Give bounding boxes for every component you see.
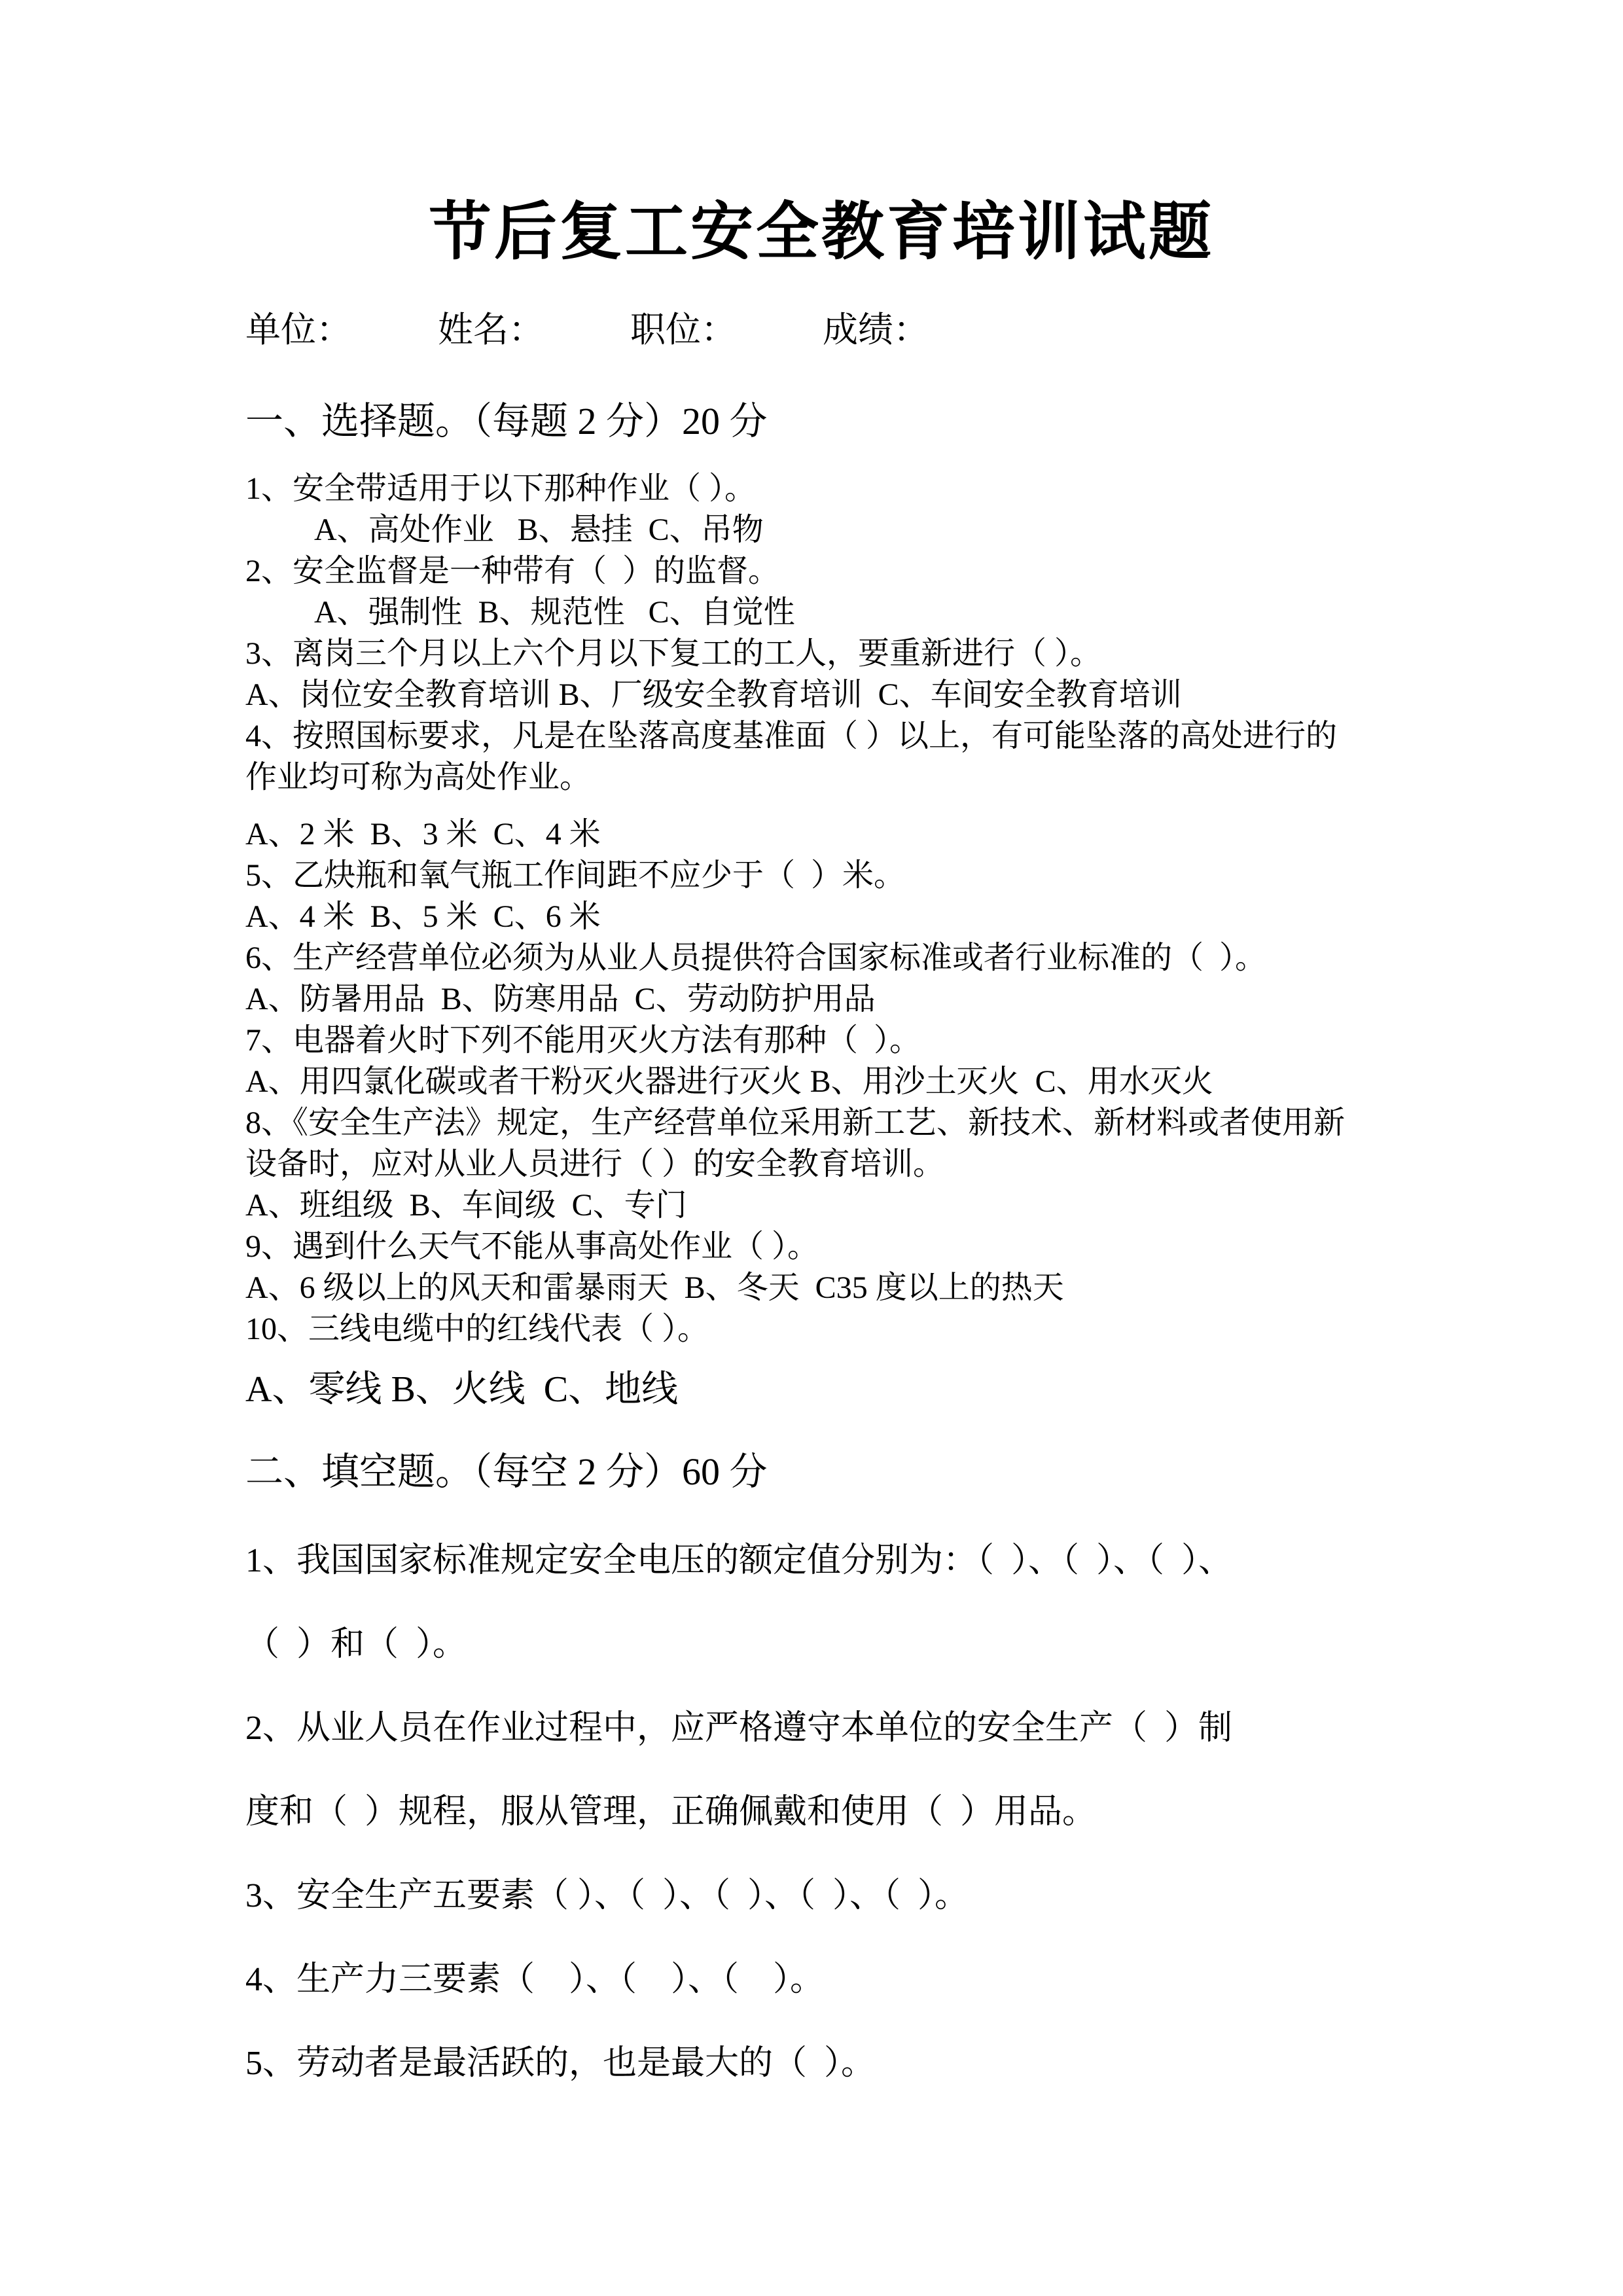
question-10: 10、三线电缆中的红线代表（ ）。 (245, 1308, 1397, 1350)
question-4-line-2: 作业均可称为高处作业。 (245, 757, 1397, 798)
info-field-score: 成绩： (823, 309, 929, 351)
question-4-options: A、2 米 B、3 米 C、4 米 (245, 814, 1397, 855)
question-5: 5、乙炔瓶和氧气瓶工作间距不应少于（ ）米。 (245, 855, 1397, 896)
question-1: 1、安全带适用于以下那种作业（ ）。 (245, 468, 1397, 509)
fill-question-2-line-1: 2、从业人员在作业过程中，应严格遵守本单位的安全生产（ ）制 (245, 1687, 1397, 1770)
question-6: 6、生产经营单位必须为从业人员提供符合国家标准或者行业标准的（ ）。 (245, 937, 1397, 978)
info-row: 单位：姓名：职位：成绩： (245, 309, 1397, 351)
question-9: 9、遇到什么天气不能从事高处作业（ ）。 (245, 1226, 1397, 1267)
info-field-name: 姓名： (438, 309, 544, 351)
exam-page: 节后复工安全教育培训试题 单位：姓名：职位：成绩： 一、选择题。（每题 2 分）… (0, 0, 1623, 2296)
section1-lines: 1、安全带适用于以下那种作业（ ）。A、高处作业 B、悬挂 C、吊物2、安全监督… (245, 468, 1397, 1412)
section2-lines: 1、我国国家标准规定安全电压的额定值分别为：（ ）、（ ）、（ ）、（ ）和（ … (245, 1519, 1397, 2106)
question-8-line-2: 设备时，应对从业人员进行（ ）的安全教育培训。 (245, 1143, 1397, 1185)
question-8-options: A、班组级 B、车间级 C、专门 (245, 1185, 1397, 1226)
question-4-line-1: 4、按照国标要求，凡是在坠落高度基准面（ ）以上，有可能坠落的高处进行的 (245, 715, 1397, 757)
question-2: 2、安全监督是一种带有（ ）的监督。 (245, 550, 1397, 592)
question-1-options: A、高处作业 B、悬挂 C、吊物 (245, 509, 1397, 550)
section2-heading: 二、填空题。（每空 2 分）60 分 (245, 1449, 1397, 1495)
question-10-options: A、零线 B、火线 C、地线 (245, 1367, 1397, 1412)
fill-question-1-line-2: （ ）和（ ）。 (245, 1603, 1397, 1687)
info-field-unit: 单位： (245, 309, 351, 351)
question-5-options: A、4 米 B、5 米 C、6 米 (245, 896, 1397, 937)
section1-heading: 一、选择题。（每题 2 分）20 分 (245, 399, 1397, 444)
fill-question-4: 4、生产力三要素（ ）、（ ）、（ ）。 (245, 1938, 1397, 2022)
info-field-position: 职位： (630, 309, 736, 351)
question-3: 3、离岗三个月以上六个月以下复工的工人，要重新进行（ ）。 (245, 633, 1397, 674)
question-6-options: A、防暑用品 B、防寒用品 C、劳动防护用品 (245, 978, 1397, 1020)
page-title: 节后复工安全教育培训试题 (245, 196, 1397, 268)
fill-question-5: 5、劳动者是最活跃的，也是最大的（ ）。 (245, 2022, 1397, 2106)
fill-question-3: 3、安全生产五要素（ ）、（ ）、（ ）、（ ）、（ ）。 (245, 1854, 1397, 1938)
question-7: 7、电器着火时下列不能用灭火方法有那种（ ）。 (245, 1020, 1397, 1061)
page-content: 节后复工安全教育培训试题 单位：姓名：职位：成绩： 一、选择题。（每题 2 分）… (0, 0, 1623, 2106)
question-7-options: A、用四氯化碳或者干粉灭火器进行灭火 B、用沙土灭火 C、用水灭火 (245, 1061, 1397, 1102)
question-2-options: A、强制性 B、规范性 C、自觉性 (245, 592, 1397, 633)
fill-question-1-line-1: 1、我国国家标准规定安全电压的额定值分别为：（ ）、（ ）、（ ）、 (245, 1519, 1397, 1603)
question-9-options: A、6 级以上的风天和雷暴雨天 B、冬天 C35 度以上的热天 (245, 1267, 1397, 1308)
fill-question-2-line-2: 度和（ ）规程，服从管理，正确佩戴和使用（ ）用品。 (245, 1770, 1397, 1854)
question-3-options: A、岗位安全教育培训 B、厂级安全教育培训 C、车间安全教育培训 (245, 674, 1397, 715)
question-8-line-1: 8、《安全生产法》规定，生产经营单位采用新工艺、新技术、新材料或者使用新 (245, 1102, 1397, 1143)
